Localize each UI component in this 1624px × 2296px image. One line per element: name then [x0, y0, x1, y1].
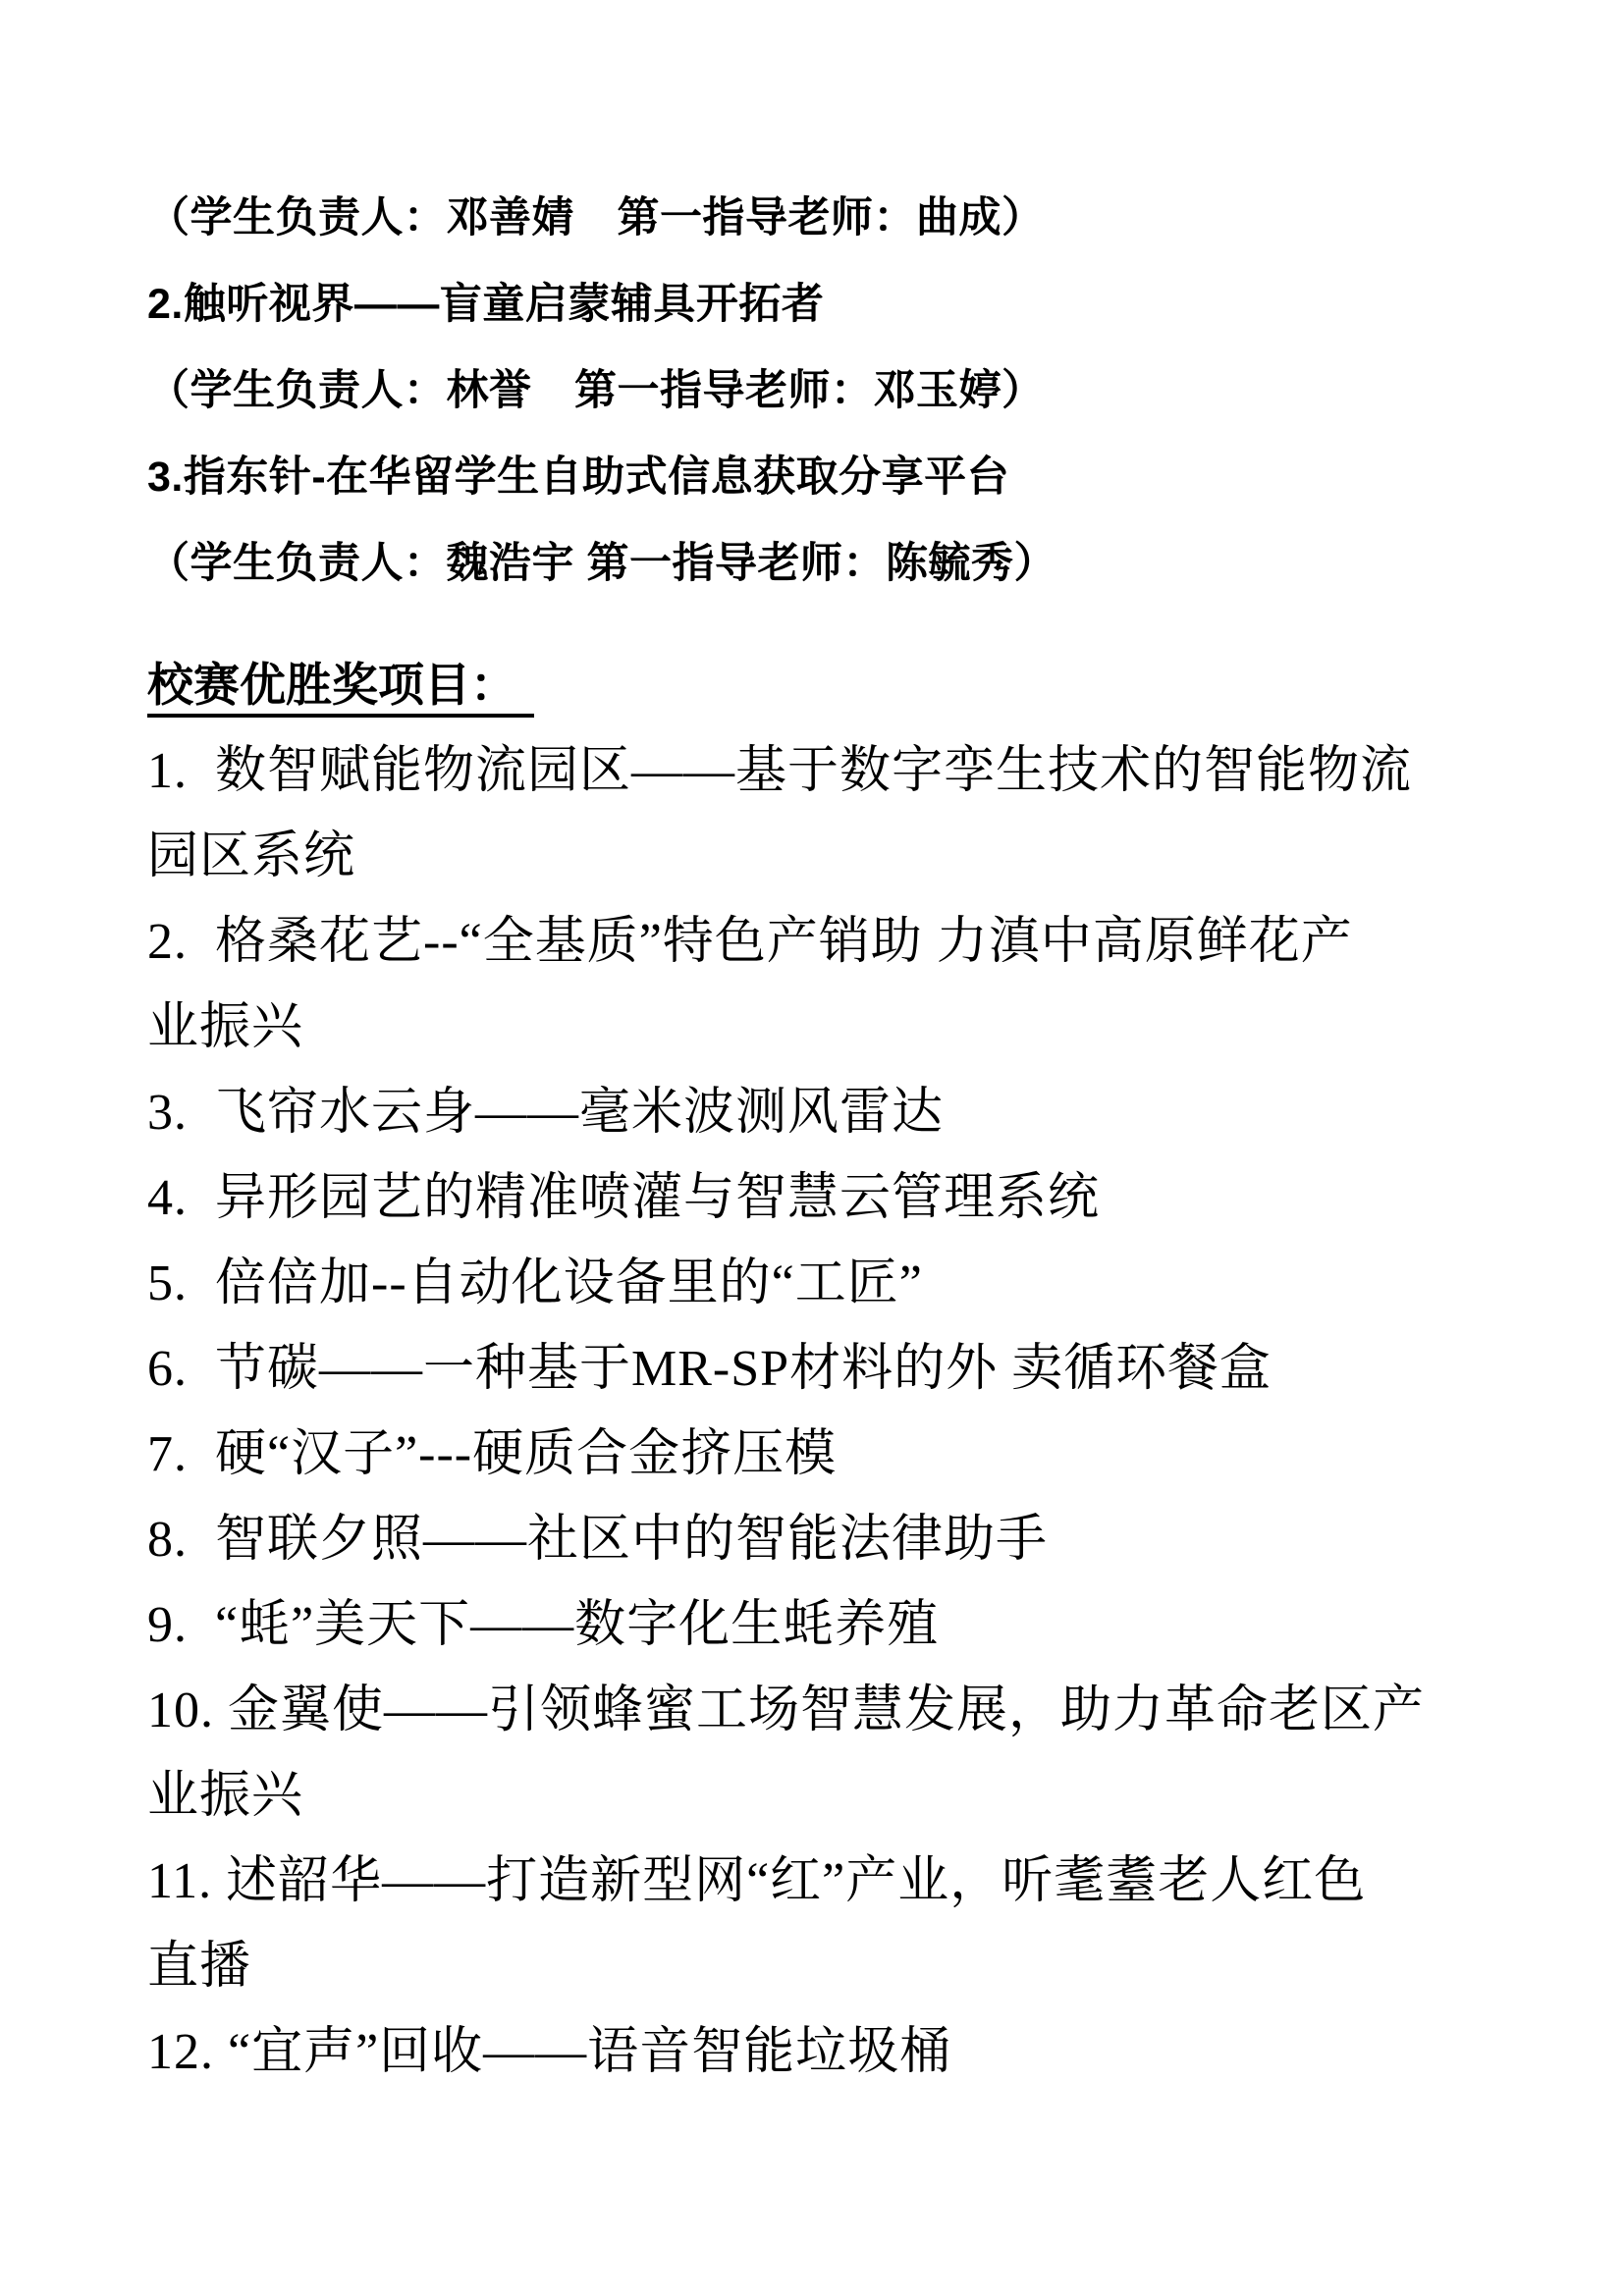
winner-line-10: 8. 智联夕照——社区中的智能法律助手 — [147, 1497, 1496, 1582]
winner-line-8: 6. 节碳——一种基于MR-SP材料的外 卖循环餐盒 — [147, 1326, 1496, 1412]
winner-line-1: 1. 数智赋能物流园区——基于数字孪生技术的智能物流 — [147, 728, 1496, 814]
document-page: （学生负责人：邓善婧 第一指导老师：曲成） 2.触听视界——盲童启蒙辅具开拓者 … — [0, 0, 1624, 2296]
winner-line-16: 12. “宜声”回收——语音智能垃圾桶 — [147, 2009, 1496, 2095]
winner-line-13: 业振兴 — [147, 1753, 1496, 1839]
winner-line-14: 11. 述韶华——打造新型网“红”产业，听耄耋老人红色 — [147, 1839, 1496, 1924]
winner-list: 1. 数智赋能物流园区——基于数字孪生技术的智能物流 园区系统 2. 格桑花艺-… — [147, 728, 1496, 2095]
intro-line-4: 3.指东针-在华留学生自助式信息获取分享平台 — [147, 434, 1496, 520]
intro-line-3: （学生负责人：林誉 第一指导老师：邓玉婷） — [147, 347, 1496, 434]
winner-line-15: 直播 — [147, 1924, 1496, 2009]
winner-line-6: 4. 异形园艺的精准喷灌与智慧云管理系统 — [147, 1155, 1496, 1241]
intro-line-2: 2.触听视界——盲童启蒙辅具开拓者 — [147, 261, 1496, 347]
section-heading: 校赛优胜奖项目： — [147, 642, 1496, 728]
winner-line-5: 3. 飞帘水云身——毫米波测风雷达 — [147, 1070, 1496, 1155]
winner-line-9: 7. 硬“汉子”---硬质合金挤压模 — [147, 1412, 1496, 1497]
winner-line-11: 9. “蚝”美天下——数字化生蚝养殖 — [147, 1582, 1496, 1668]
intro-section: （学生负责人：邓善婧 第一指导老师：曲成） 2.触听视界——盲童启蒙辅具开拓者 … — [147, 175, 1496, 607]
winner-line-4: 业振兴 — [147, 985, 1496, 1070]
intro-line-1: （学生负责人：邓善婧 第一指导老师：曲成） — [147, 175, 1496, 261]
winner-line-3: 2. 格桑花艺--“全基质”特色产销助 力滇中高原鲜花产 — [147, 899, 1496, 985]
winner-line-2: 园区系统 — [147, 814, 1496, 899]
winner-line-7: 5. 倍倍加--自动化设备里的“工匠” — [147, 1241, 1496, 1326]
intro-line-5: （学生负责人：魏浩宇 第一指导老师：陈毓秀） — [147, 520, 1496, 607]
section-heading-text: 校赛优胜奖项目： — [147, 659, 534, 718]
winner-line-12: 10. 金翼使——引领蜂蜜工场智慧发展，助力革命老区产 — [147, 1668, 1496, 1753]
